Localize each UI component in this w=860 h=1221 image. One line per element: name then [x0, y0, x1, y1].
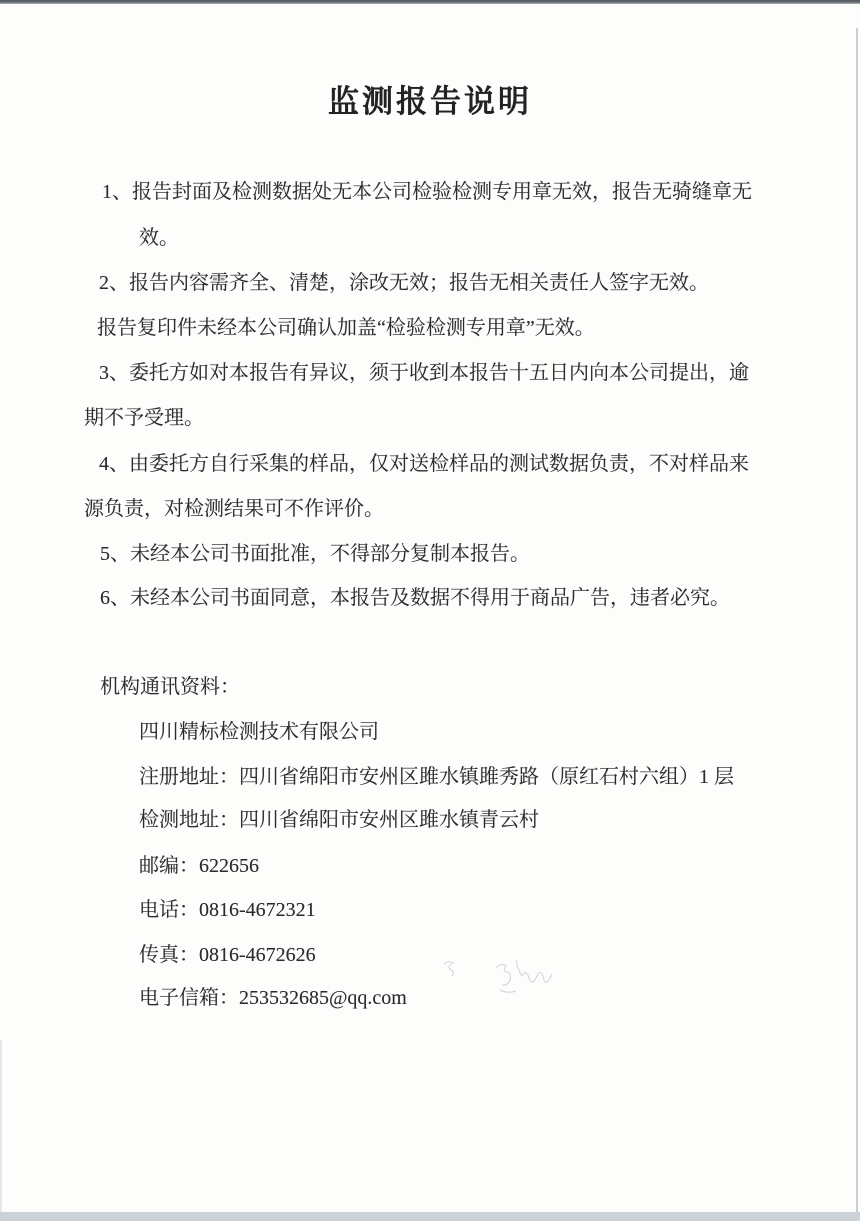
note-6-line-1: 6、未经本公司书面同意，本报告及数据不得用于商品广告，违者必究。	[100, 581, 730, 610]
note-5-line-1: 5、未经本公司书面批准，不得部分复制本报告。	[100, 537, 530, 566]
note-2-line-1: 2、报告内容需齐全、清楚，涂改无效；报告无相关责任人签字无效。	[99, 266, 709, 295]
scan-edge-bottom	[0, 1212, 860, 1221]
contact-email: 电子信箱：253532685@qq.com	[139, 981, 407, 1010]
contact-fax: 传真：0816-4672626	[139, 938, 316, 967]
note-3-line-1: 3、委托方如对本报告有异议，须于收到本报告十五日内向本公司提出，逾	[99, 356, 749, 385]
contact-company: 四川精标检测技术有限公司	[139, 715, 379, 744]
scan-edge-left	[0, 1040, 2, 1212]
contact-heading: 机构通讯资料：	[100, 670, 240, 699]
scan-edge-top	[0, 0, 860, 4]
contact-registered-address: 注册地址：四川省绵阳市安州区雎水镇雎秀路（原红石村六组）1 层	[139, 760, 734, 789]
note-1-line-2: 效。	[139, 221, 179, 250]
scanned-report-page: 监测报告说明 1、报告封面及检测数据处无本公司检验检测专用章无效，报告无骑缝章无…	[0, 0, 860, 1221]
contact-postcode: 邮编：622656	[139, 849, 259, 878]
note-4-line-1: 4、由委托方自行采集的样品，仅对送检样品的测试数据负责，不对样品来	[99, 447, 749, 476]
contact-test-address: 检测地址：四川省绵阳市安州区雎水镇青云村	[139, 803, 539, 832]
handwritten-mark	[438, 942, 608, 1004]
contact-phone: 电话：0816-4672321	[139, 893, 316, 922]
note-4-line-2: 源负责，对检测结果可不作评价。	[84, 492, 384, 521]
scan-edge-right	[856, 28, 858, 1212]
note-2-line-2: 报告复印件未经本公司确认加盖“检验检测专用章”无效。	[97, 311, 595, 340]
page-title: 监测报告说明	[0, 76, 860, 121]
note-3-line-2: 期不予受理。	[84, 401, 204, 430]
note-1-line-1: 1、报告封面及检测数据处无本公司检验检测专用章无效，报告无骑缝章无	[102, 175, 752, 204]
